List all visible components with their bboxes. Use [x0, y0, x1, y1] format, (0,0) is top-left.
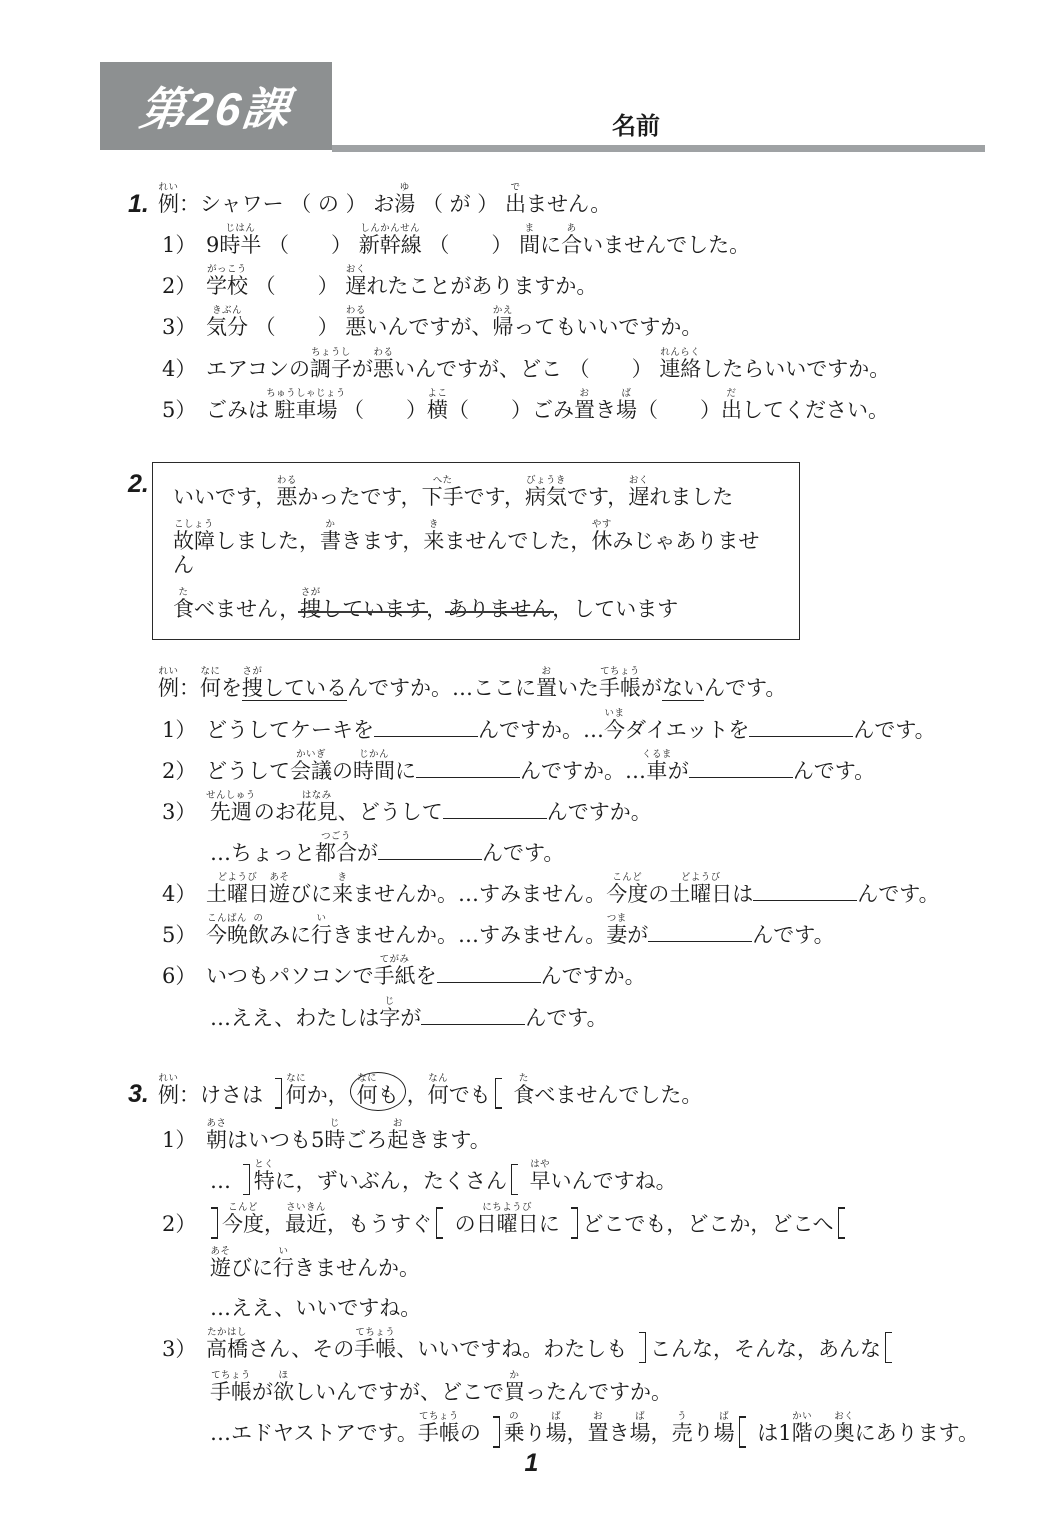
section-2-example: 例れい：何なにを捜さがしているんですか。…ここに置おいた手帳てちょうがないんです…: [158, 676, 786, 701]
item-text: エアコンの調子ちょうしが悪わるいんですが、どこ （ ） 連絡れんらくしたらいいで…: [206, 357, 890, 381]
lesson-title: 第26課: [137, 73, 295, 139]
lesson-title-box: 第26課: [100, 62, 332, 150]
answer-blank: [378, 838, 482, 860]
exercise-item: 3）高橋たかはしさん、その手帳てちょう、いいですね。わたしも こんな，そんな，あ…: [158, 1327, 993, 1448]
item-number: 2）: [162, 759, 206, 783]
item-line-continuation: 遊あそびに行いきませんか。: [162, 1246, 993, 1280]
item-text: 高橋たかはしさん、その手帳てちょう、いいですね。わたしも こんな，そんな，あんな: [206, 1337, 897, 1361]
item-text: 9時半じはん （ ） 新幹線しんかんせん （ ） 間まに合あいませんでした。: [206, 233, 750, 257]
item-number: 2）: [162, 1212, 206, 1236]
item-text: 今度こんど，最近さいきん，もうすぐ の日曜日にちようびに どこでも，どこか，どこ…: [206, 1212, 850, 1236]
choice-bracket-right-icon: [739, 1416, 747, 1448]
struck-word: 捜さがしています: [300, 587, 426, 621]
section-3-example-line: 3. 例れい：けさは 何なにか，何なにも，何なんでも 食たべませんでした。: [158, 1072, 993, 1111]
exercise-item: 1）朝あさはいつも5時じごろ起おきます。 … 特とくに，ずいぶん，たくさん 早は…: [158, 1118, 993, 1195]
item-text: いつもパソコンで手紙てがみをんですか。: [206, 964, 646, 988]
item-line-continuation: 手帳てちょうが欲ほしいんですが、どこで買かったんですか。: [162, 1370, 993, 1404]
section-1-example-line: 1. 例れい：シャワー （ の ） お湯ゆ （ が ） 出でません。: [158, 182, 993, 216]
answer-blank: [374, 715, 478, 737]
page-number: 1: [0, 1449, 1063, 1478]
section-2-box-row: 2. いいです，悪わるかったです，下手へたです，病気びょうきです，遅おくれました…: [158, 462, 993, 641]
circled-answer: 何なにも: [350, 1072, 406, 1111]
choice-bracket-left-icon: [492, 1416, 500, 1448]
item-number: 6）: [162, 964, 206, 988]
item-number: 4）: [162, 882, 206, 906]
item-text: ごみは駐車場ちゅうしゃじょう（ ）横よこ（ ）ごみ置おき場ば（ ）出だしてくださ…: [206, 398, 889, 422]
choice-bracket-right-icon: [511, 1164, 519, 1196]
item-line-continuation: … 特とくに，ずいぶん，たくさん 早はやいんですね。: [162, 1159, 993, 1195]
item-line: 3）先週せんしゅうのお花見はなみ、どうしてんですか。: [162, 790, 993, 824]
item-text: どうして会議かいぎの時間じかんにんですか。…車くるまがんです。: [206, 759, 875, 783]
item-number: 2）: [162, 274, 206, 298]
exercise-item: 1）どうしてケーキをんですか。…今いまダイエットをんです。: [158, 708, 993, 742]
exercise-item: 2）今度こんど，最近さいきん，もうすぐ の日曜日にちようびに どこでも，どこか，…: [158, 1202, 993, 1320]
answer-blank: [749, 715, 853, 737]
choice-bracket-left-icon: [638, 1332, 646, 1364]
section-1-number: 1.: [128, 190, 149, 219]
item-text: 手帳てちょうが欲ほしいんですが、どこで買かったんですか。: [210, 1380, 672, 1404]
answer-blank: [421, 1003, 525, 1025]
exercise-item: 3）先週せんしゅうのお花見はなみ、どうしてんですか。 …ちょっと都合つごうがんで…: [158, 790, 993, 865]
choice-bracket-left-icon: [210, 1207, 218, 1239]
item-text: …ちょっと都合つごうがんです。: [210, 841, 564, 865]
choice-bracket-right-icon: [885, 1332, 893, 1364]
item-text: …ええ、わたしは字じがんです。: [210, 1006, 608, 1030]
item-number: 1）: [162, 718, 206, 742]
choice-bracket-left-icon: [274, 1078, 282, 1110]
exercise-item: 4）土曜日どようび遊あそびに来きませんか。…すみません。今度こんどの土曜日どよう…: [158, 872, 993, 906]
word-box-line: 故障こしょうしました，書かきます，来きませんでした，休やすみじゃありません: [173, 519, 779, 577]
item-number: 1）: [162, 233, 206, 257]
item-number: 1）: [162, 1128, 206, 1152]
item-text: 今晩こんばん飲のみに行いきませんか。…すみません。妻つまがんです。: [206, 923, 835, 947]
item-line: 1）朝あさはいつも5時じごろ起おきます。: [162, 1118, 993, 1152]
word-box-line: いいです，悪わるかったです，下手へたです，病気びょうきです，遅おくれました: [173, 475, 779, 509]
exercise-item: 5）ごみは駐車場ちゅうしゃじょう（ ）横よこ（ ）ごみ置おき場ば（ ）出だしてく…: [158, 388, 993, 422]
worksheet-page: 第26課 名前 1. 例れい：シャワー （ の ） お湯ゆ （ が ） 出でませ…: [0, 0, 1063, 1536]
section-1-example: 例れい：シャワー （ の ） お湯ゆ （ が ） 出でません。: [158, 192, 611, 216]
answer-blank: [443, 797, 547, 819]
exercise-item: 5）今晩こんばん飲のみに行いきませんか。…すみません。妻つまがんです。: [158, 913, 993, 947]
exercise-item: 3）気分きぶん （ ） 悪わるいんですが、帰かえってもいいですか。: [158, 305, 993, 339]
item-text: 土曜日どようび遊あそびに来きませんか。…すみません。今度こんどの土曜日どようびは…: [206, 882, 940, 906]
section-2-example-line: 例れい：何なにを捜さがしているんですか。…ここに置おいた手帳てちょうがないんです…: [158, 666, 993, 700]
item-number: 4）: [162, 357, 206, 381]
item-line: 6）いつもパソコンで手紙てがみをんですか。: [162, 954, 993, 988]
item-text: 気分きぶん （ ） 悪わるいんですが、帰かえってもいいですか。: [206, 315, 702, 339]
choice-bracket-left-icon: [570, 1207, 578, 1239]
item-line-continuation: …ええ、いいですね。: [162, 1296, 993, 1320]
choice-bracket-left-icon: [242, 1164, 250, 1196]
item-number: 3）: [162, 315, 206, 339]
item-number: 5）: [162, 923, 206, 947]
underlined-answer: 捜さがしている: [242, 676, 347, 701]
item-line: 2）今度こんど，最近さいきん，もうすぐ の日曜日にちようびに どこでも，どこか，…: [162, 1202, 993, 1238]
item-text: どうしてケーキをんですか。…今いまダイエットをんです。: [206, 718, 936, 742]
exercise-item: 2）学校がっこう （ ） 遅おくれたことがありますか。: [158, 264, 993, 298]
item-text: 学校がっこう （ ） 遅おくれたことがありますか。: [206, 274, 597, 298]
item-text: 先週せんしゅうのお花見はなみ、どうしてんですか。: [206, 800, 652, 824]
item-number: 3）: [162, 800, 206, 824]
worksheet-content: 1. 例れい：シャワー （ の ） お湯ゆ （ が ） 出でません。 1）9時半…: [0, 182, 1063, 1448]
exercise-item: 2）どうして会議かいぎの時間じかんにんですか。…車くるまがんです。: [158, 749, 993, 783]
answer-blank: [689, 756, 793, 778]
item-number: 5）: [162, 398, 206, 422]
item-text: …エドヤストアです。手帳てちょうの 乗のり場ば，置おき場ば，売うり場ば は1階か…: [210, 1421, 979, 1445]
section-3: 3. 例れい：けさは 何なにか，何なにも，何なんでも 食たべませんでした。 1）…: [158, 1072, 993, 1448]
underlined-answer: ない: [662, 676, 704, 701]
section-1: 1. 例れい：シャワー （ の ） お湯ゆ （ が ） 出でません。 1）9時半…: [158, 182, 993, 422]
item-line-continuation: …ちょっと都合つごうがんです。: [162, 831, 993, 865]
item-line-continuation: …ええ、わたしは字じがんです。: [162, 996, 993, 1030]
exercise-item: 4）エアコンの調子ちょうしが悪わるいんですが、どこ （ ） 連絡れんらくしたらい…: [158, 347, 993, 381]
choice-bracket-right-icon: [436, 1207, 444, 1239]
item-text: … 特とくに，ずいぶん，たくさん 早はやいんですね。: [210, 1169, 677, 1193]
answer-blank: [648, 920, 752, 942]
section-2: 2. いいです，悪わるかったです，下手へたです，病気びょうきです，遅おくれました…: [158, 462, 993, 1030]
answer-blank: [753, 879, 857, 901]
name-underline-rule: [332, 145, 985, 152]
section-3-example: 例れい：けさは 何なにか，何なにも，何なんでも 食たべませんでした。: [158, 1083, 702, 1107]
page-header: 第26課 名前: [0, 0, 1063, 152]
item-line: 3）高橋たかはしさん、その手帳てちょう、いいですね。わたしも こんな，そんな，あ…: [162, 1327, 993, 1363]
word-box-line: 食たべません，捜さがしています，ありません，しています: [173, 587, 779, 621]
exercise-item: 1）9時半じはん （ ） 新幹線しんかんせん （ ） 間まに合あいませんでした。: [158, 223, 993, 257]
item-line-continuation: …エドヤストアです。手帳てちょうの 乗のり場ば，置おき場ば，売うり場ば は1階か…: [162, 1411, 993, 1447]
item-text: 朝あさはいつも5時じごろ起おきます。: [206, 1128, 491, 1152]
answer-blank: [437, 961, 541, 983]
exercise-item: 6）いつもパソコンで手紙てがみをんですか。 …ええ、わたしは字じがんです。: [158, 954, 993, 1029]
choice-bracket-right-icon: [495, 1078, 503, 1110]
name-label: 名前: [612, 106, 660, 141]
item-number: 3）: [162, 1337, 206, 1361]
answer-blank: [416, 756, 520, 778]
section-3-number: 3.: [128, 1080, 149, 1109]
struck-word: ありません: [447, 597, 552, 621]
item-text: 遊あそびに行いきませんか。: [210, 1256, 420, 1280]
choice-bracket-right-icon: [838, 1207, 846, 1239]
word-choice-box: いいです，悪わるかったです，下手へたです，病気びょうきです，遅おくれました 故障…: [152, 462, 800, 641]
item-text: …ええ、いいですね。: [210, 1296, 421, 1320]
section-2-number: 2.: [128, 470, 149, 499]
